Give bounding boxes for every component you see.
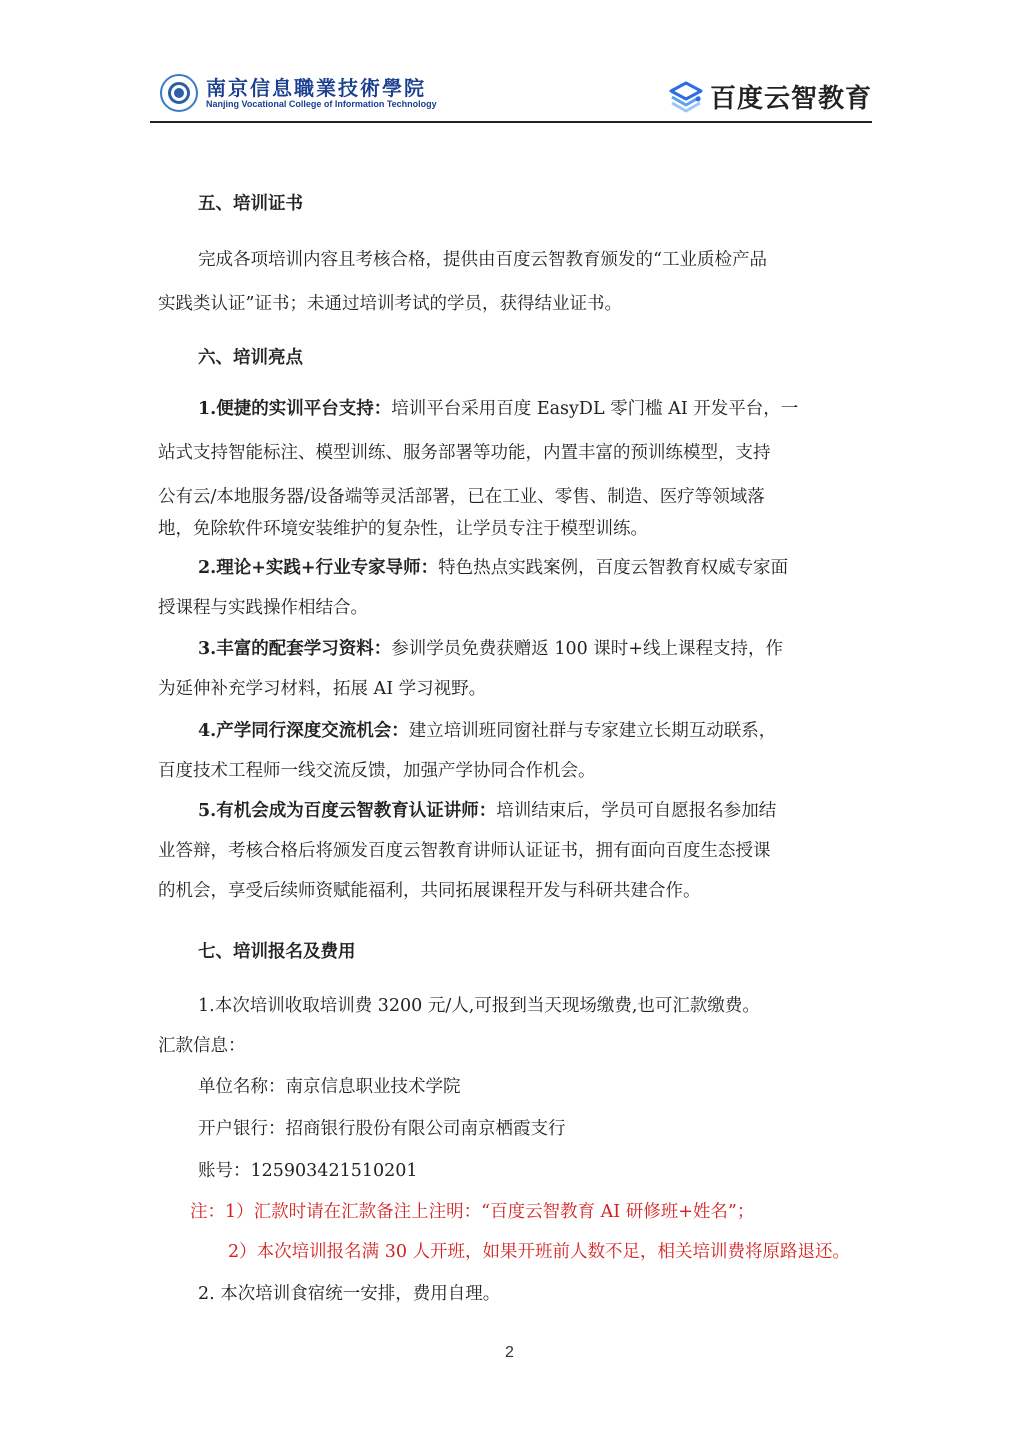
paragraph-line: 授课程与实践操作相结合。 [158,596,368,620]
highlight-lead: 2.理论+实践+行业专家导师： [198,558,438,578]
highlight-lead: 5.有机会成为百度云智教育认证讲师： [198,801,496,821]
school-name-cn: 南京信息職業技術學院 [206,77,437,99]
school-seal-icon [160,74,198,112]
paragraph-line: 的机会，享受后续师资赋能福利，共同拓展课程开发与科研共建合作。 [158,879,701,903]
highlight-lead: 3.丰富的配套学习资料： [198,639,391,659]
note-1: 注：1）汇款时请在汇款备注上注明：“百度云智教育 AI 研修班+姓名”； [190,1200,754,1224]
section-5-title: 五、培训证书 [198,192,303,216]
section-7-title: 七、培训报名及费用 [198,940,356,964]
remit-label: 汇款信息： [158,1034,246,1058]
paragraph-line: 公有云/本地服务器/设备端等灵活部署，已在工业、零售、制造、医疗等领域落 [158,485,765,509]
baidu-logo: 百度云智教育 [668,78,872,115]
remit-account: 账号：125903421510201 [198,1159,418,1183]
highlight-text: 培训平台采用百度 EasyDL 零门槛 AI 开发平台，一 [391,399,798,419]
paragraph-line: 完成各项培训内容且考核合格，提供由百度云智教育颁发的“工业质检产品 [198,248,767,272]
paragraph-line: 为延伸补充学习材料，拓展 AI 学习视野。 [158,677,486,701]
school-logo: 南京信息職業技術學院 Nanjing Vocational College of… [160,74,437,112]
paragraph-line: 业答辩，考核合格后将颁发百度云智教育讲师认证证书，拥有面向百度生态授课 [158,839,771,863]
highlight-lead: 1.便捷的实训平台支持： [198,399,391,419]
partner-name: 百度云智教育 [710,78,872,115]
graduation-cap-icon [668,80,704,114]
highlight-item-4: 4.产学同行深度交流机会：建立培训班同窗社群与专家建立长期互动联系， [198,719,776,743]
highlight-item-2: 2.理论+实践+行业专家导师：特色热点实践案例，百度云智教育权威专家面 [198,556,788,580]
remit-bank: 开户银行：招商银行股份有限公司南京栖霞支行 [198,1117,566,1141]
highlight-lead: 4.产学同行深度交流机会： [198,721,409,741]
paragraph-line: 站式支持智能标注、模型训练、服务部署等功能，内置丰富的预训练模型，支持 [158,441,771,465]
paragraph-line: 实践类认证”证书；未通过培训考试的学员，获得结业证书。 [158,292,622,316]
item-2-line: 2. 本次培训食宿统一安排，费用自理。 [198,1282,500,1306]
school-name-en: Nanjing Vocational College of Informatio… [206,99,437,110]
highlight-item-5: 5.有机会成为百度云智教育认证讲师：培训结束后，学员可自愿报名参加结 [198,799,776,823]
paragraph-line: 地，免除软件环境安装维护的复杂性，让学员专注于模型训练。 [158,517,648,541]
highlight-text: 建立培训班同窗社群与专家建立长期互动联系， [409,721,777,741]
highlight-item-3: 3.丰富的配套学习资料：参训学员免费获赠返 100 课时+线上课程支持，作 [198,637,783,661]
highlight-item-1: 1.便捷的实训平台支持：培训平台采用百度 EasyDL 零门槛 AI 开发平台，… [198,397,798,421]
paragraph-line: 百度技术工程师一线交流反馈，加强产学协同合作机会。 [158,759,596,783]
highlight-text: 培训结束后，学员可自愿报名参加结 [496,801,776,821]
fee-line: 1.本次培训收取培训费 3200 元/人,可报到当天现场缴费,也可汇款缴费。 [198,994,760,1018]
page-number: 2 [505,1344,514,1362]
page-header: 南京信息職業技術學院 Nanjing Vocational College of… [150,70,872,122]
note-2: 2）本次培训报名满 30 人开班，如果开班前人数不足，相关培训费将原路退还。 [228,1240,850,1264]
section-6-title: 六、培训亮点 [198,346,303,370]
remit-unit: 单位名称：南京信息职业技术学院 [198,1075,461,1099]
highlight-text: 特色热点实践案例，百度云智教育权威专家面 [438,558,788,578]
highlight-text: 参训学员免费获赠返 100 课时+线上课程支持，作 [391,639,783,659]
header-divider [150,121,872,123]
